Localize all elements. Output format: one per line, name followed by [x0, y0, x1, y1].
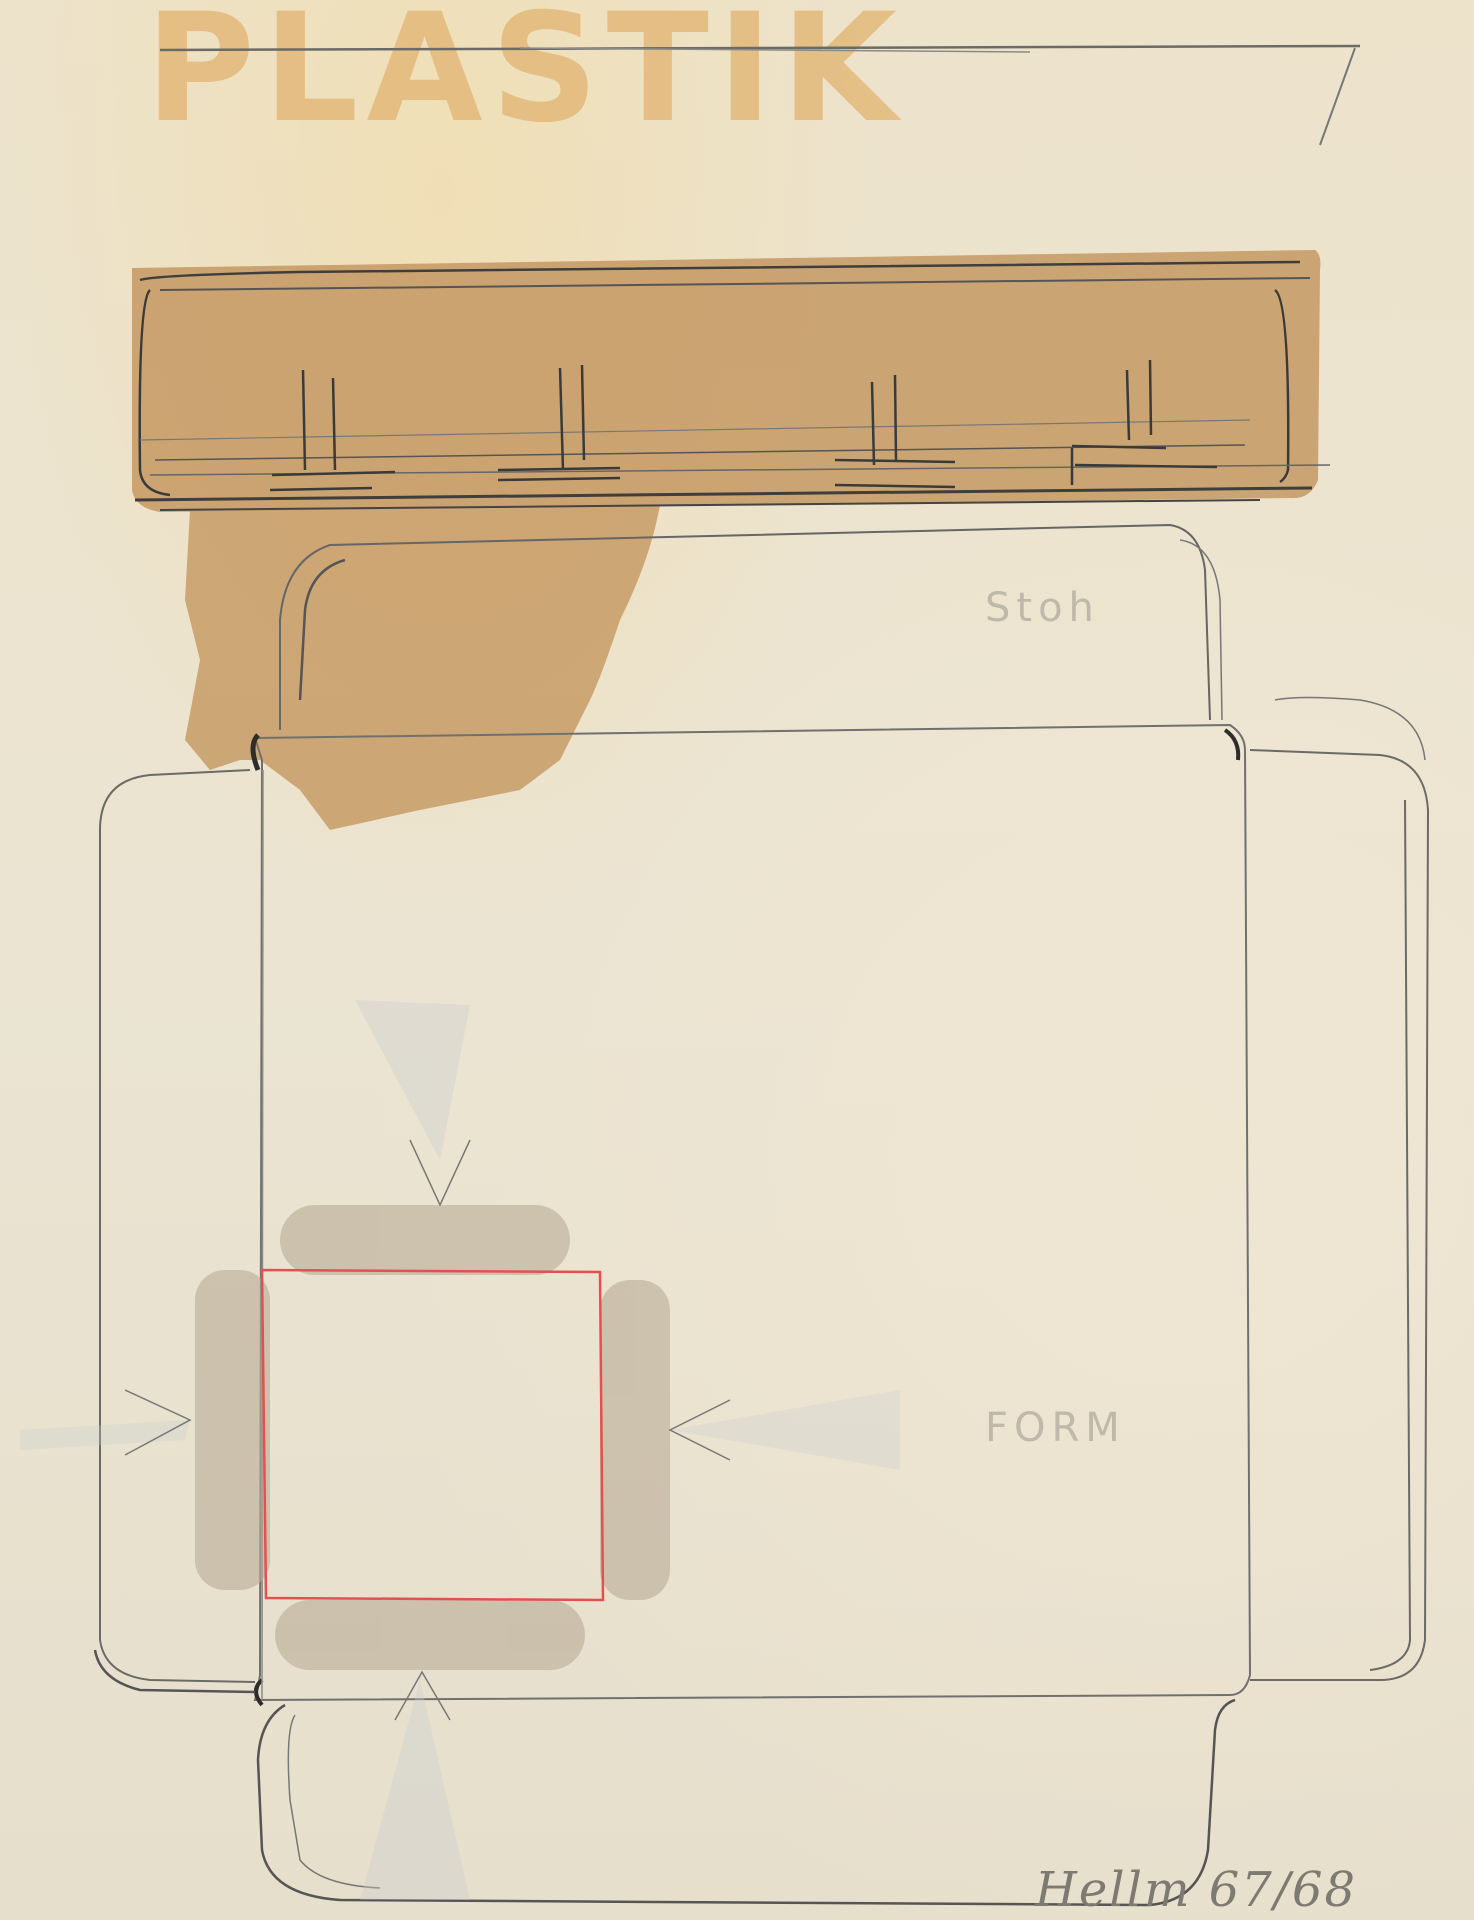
red-square — [262, 1270, 603, 1600]
sketch-drawing — [0, 0, 1474, 1920]
annotation-form: FORM — [985, 1405, 1126, 1451]
artist-signature: Hellm 67/68 — [1035, 1862, 1357, 1918]
artwork-sheet: PLASTIK — [0, 0, 1474, 1920]
direction-arrows — [20, 1000, 900, 1900]
annotation-stoh: Stoh — [985, 585, 1100, 631]
brown-wash-spill — [185, 505, 660, 830]
